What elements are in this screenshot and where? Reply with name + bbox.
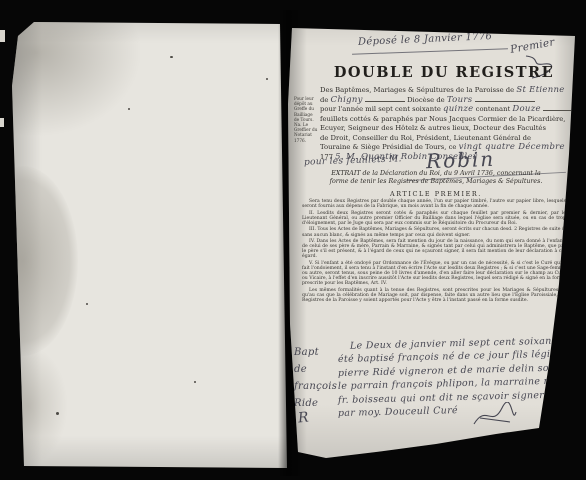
handwritten-entry: St Etienne xyxy=(516,85,564,95)
article-paragraph: V. Si l'enfant a été ondoyé par Ordonnan… xyxy=(302,261,566,286)
declaration-articles: Sera tenu deux Registres par double chaq… xyxy=(302,199,566,305)
paper-sliver xyxy=(0,118,4,127)
stain-speck xyxy=(86,303,88,305)
rule-line xyxy=(475,96,535,102)
right-printed-page: Déposé le 8 Janvier 1776 Premier DOUBLE … xyxy=(286,24,584,466)
article-paragraph: Sera tenu deux Registres par double chaq… xyxy=(302,199,566,209)
handwritten-entry: quinze xyxy=(443,104,473,114)
stain-speck xyxy=(56,412,59,415)
stain-speck xyxy=(266,78,268,80)
handwritten-entry: Tours xyxy=(447,95,473,105)
article-paragraph: IV. Dans les Actes de Baptêmes, sera fai… xyxy=(302,239,566,259)
paper-sliver xyxy=(0,30,5,42)
act-margin-line: Bapt xyxy=(294,344,334,361)
printed-text: de Droit, Conseiller du Roi, Président, … xyxy=(320,134,531,142)
paper-stain xyxy=(0,346,68,466)
deposit-underline xyxy=(352,48,508,54)
act-margin-label: Bapt de françois Ride xyxy=(294,344,334,412)
printed-text: contenant xyxy=(476,105,511,113)
folio-mark: Premier xyxy=(509,36,555,56)
extrait-heading: EXTRAIT de la Déclaration du Roi, du 9 A… xyxy=(314,170,558,185)
act-margin-paraph: R xyxy=(297,409,309,426)
act-margin-line: de xyxy=(294,361,334,378)
article-paragraph: III. Tous les Actes de Baptêmes, Mariage… xyxy=(302,227,566,237)
article-paragraph: Les mêmes formalités quant à la tenue de… xyxy=(302,288,566,303)
printed-text: Des Baptêmes, Mariages & Sépultures de l… xyxy=(320,86,514,94)
extrait-line: EXTRAIT de la Déclaration du Roi, du 9 A… xyxy=(314,170,558,178)
register-photo: Déposé le 8 Janvier 1776 Premier DOUBLE … xyxy=(0,0,586,480)
stain-speck xyxy=(128,108,130,110)
article-paragraph: II. Lesdits deux Registres seront cotés … xyxy=(302,211,566,226)
baptism-act: Le Deux de janvier mil sept cent soixant… xyxy=(338,340,568,420)
printed-text: feuillets cottés & paraphés par Nous Jac… xyxy=(320,115,565,123)
handwritten-scribble: pour les feuillets M. xyxy=(304,154,402,167)
act-margin-line: françois xyxy=(294,378,334,395)
header-line-3: pour l'année mil sept cent soixante quin… xyxy=(320,105,573,114)
printed-text: de xyxy=(320,96,328,104)
header-line-5: Ecuyer, Seigneur des Hôtelz & autres lie… xyxy=(320,124,546,133)
handwritten-entry: Douze xyxy=(512,104,540,114)
stain-speck xyxy=(170,56,173,58)
stain-speck xyxy=(194,381,196,383)
greffe-margin-note: Pour leur dépôt au Greffe du Bailliage d… xyxy=(294,96,320,143)
register-title: DOUBLE DU REGISTRE xyxy=(326,64,562,81)
header-line-2: de Chigny Diocèse de Tours xyxy=(320,96,535,105)
left-blank-page xyxy=(8,16,290,472)
margin-note-line: 1776. xyxy=(294,138,320,143)
extrait-line: forme de tenir les Registres de Baptêmes… xyxy=(314,178,558,186)
printed-text: pour l'année mil sept cent soixante xyxy=(320,105,441,113)
deposit-annotation: Déposé le 8 Janvier 1776 xyxy=(358,31,493,48)
header-line-4: feuillets cottés & paraphés par Nous Jac… xyxy=(320,115,565,124)
rule-line xyxy=(365,96,405,102)
printed-text: Ecuyer, Seigneur des Hôtelz & autres lie… xyxy=(320,124,546,132)
printed-text: Diocèse de xyxy=(407,96,445,104)
rule-line xyxy=(543,105,573,111)
cure-paraph-icon xyxy=(472,402,518,430)
article-premier-heading: ARTICLE PREMIER. xyxy=(314,190,558,198)
handwritten-entry: Chigny xyxy=(331,95,363,105)
paper-stain xyxy=(0,166,78,356)
